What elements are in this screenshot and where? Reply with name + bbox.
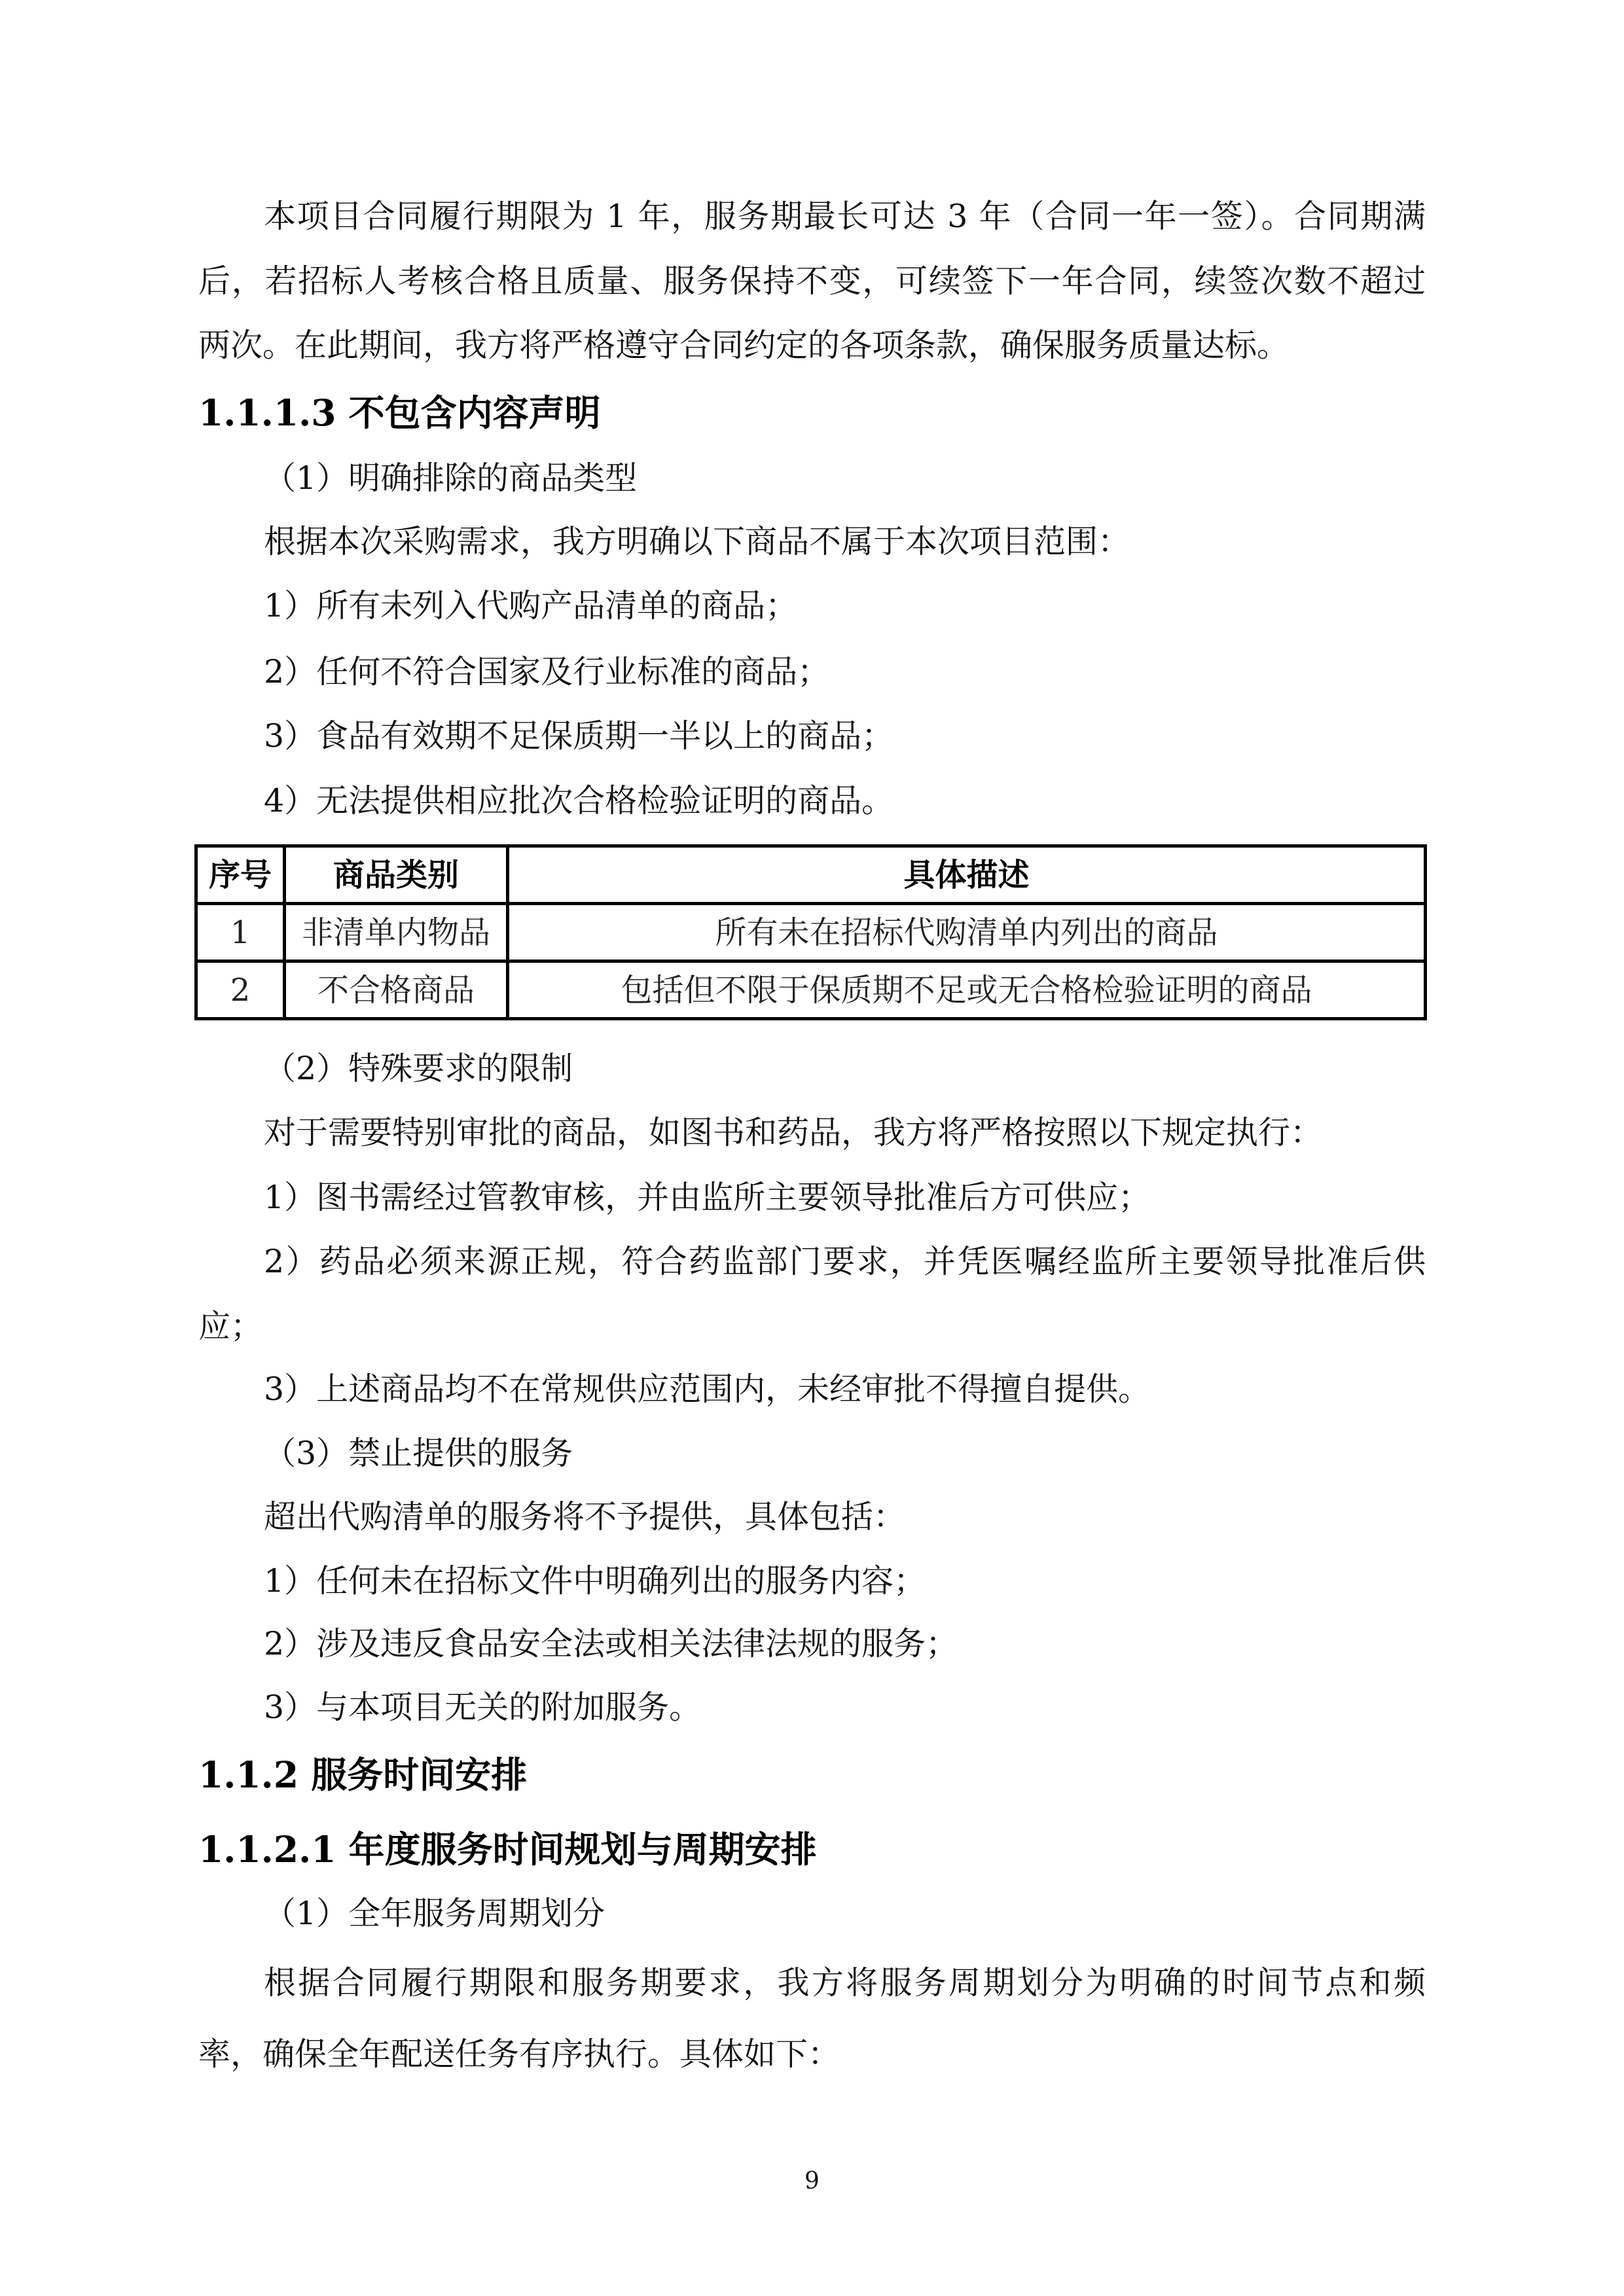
table-cell: 包括但不限于保质期不足或无合格检验证明的商品 — [508, 961, 1426, 1019]
table-cell: 1 — [196, 904, 285, 961]
special-requirements-item-continuation: 应； — [198, 1307, 1426, 1346]
prohibited-services-item: 3）与本项目无关的附加服务。 — [264, 1688, 1426, 1727]
excluded-goods-intro: 根据本次采购需求，我方明确以下商品不属于本次项目范围： — [264, 522, 1426, 562]
table-header-cell: 具体描述 — [508, 846, 1426, 904]
table-header-cell: 序号 — [196, 846, 285, 904]
table-row: 2 不合格商品 包括但不限于保质期不足或无合格检验证明的商品 — [196, 961, 1426, 1019]
table-cell: 所有未在招标代购清单内列出的商品 — [508, 904, 1426, 961]
prohibited-services-item: 1）任何未在招标文件中明确列出的服务内容； — [264, 1562, 1426, 1601]
intro-paragraph-line-3: 两次。在此期间，我方将严格遵守合同约定的各项条款，确保服务质量达标。 — [198, 326, 1426, 365]
table-cell: 2 — [196, 961, 285, 1019]
excluded-goods-table: 序号 商品类别 具体描述 1 非清单内物品 所有未在招标代购清单内列出的商品 2… — [194, 844, 1427, 1020]
intro-paragraph-line-1: 本项目合同履行期限为 1 年，服务期最长可达 3 年（合同一年一签）。合同期满 — [264, 197, 1426, 236]
table-row: 1 非清单内物品 所有未在招标代购清单内列出的商品 — [196, 904, 1426, 961]
special-requirements-item: 3）上述商品均不在常规供应范围内，未经审批不得擅自提供。 — [264, 1370, 1426, 1409]
subsection-title-special-requirements: （2）特殊要求的限制 — [264, 1049, 1426, 1088]
special-requirements-item: 2）药品必须来源正规，符合药监部门要求，并凭医嘱经监所主要领导批准后供 — [264, 1242, 1426, 1282]
annual-cycle-paragraph-line-1: 根据合同履行期限和服务期要求，我方将服务周期划分为明确的时间节点和频 — [264, 1964, 1426, 2003]
page-number: 9 — [0, 2165, 1624, 2198]
table-cell: 非清单内物品 — [285, 904, 508, 961]
excluded-goods-item: 4）无法提供相应批次合格检验证明的商品。 — [264, 781, 1426, 821]
excluded-goods-item: 1）所有未列入代购产品清单的商品； — [264, 586, 1426, 626]
table-header-row: 序号 商品类别 具体描述 — [196, 846, 1426, 904]
prohibited-services-intro: 超出代购清单的服务将不予提供，具体包括： — [264, 1498, 1426, 1537]
subsection-title-excluded-goods: （1）明确排除的商品类型 — [264, 459, 1426, 498]
special-requirements-intro: 对于需要特别审批的商品，如图书和药品，我方将严格按照以下规定执行： — [264, 1113, 1426, 1153]
table-cell: 不合格商品 — [285, 961, 508, 1019]
subsection-title-annual-cycle: （1）全年服务周期划分 — [264, 1894, 1426, 1933]
annual-cycle-paragraph-line-2: 率，确保全年配送任务有序执行。具体如下： — [198, 2035, 1426, 2074]
table-header-cell: 商品类别 — [285, 846, 508, 904]
subsection-title-prohibited-services: （3）禁止提供的服务 — [264, 1434, 1426, 1473]
heading-1-1-2: 1.1.2 服务时间安排 — [198, 1752, 527, 1798]
intro-paragraph-line-2: 后，若招标人考核合格且质量、服务保持不变，可续签下一年合同，续签次数不超过 — [198, 262, 1426, 301]
excluded-goods-item: 2）任何不符合国家及行业标准的商品； — [264, 653, 1426, 692]
prohibited-services-item: 2）涉及违反食品安全法或相关法律法规的服务； — [264, 1624, 1426, 1664]
heading-1-1-2-1: 1.1.2.1 年度服务时间规划与周期安排 — [198, 1827, 817, 1873]
heading-1-1-1-3: 1.1.1.3 不包含内容声明 — [198, 390, 601, 436]
excluded-goods-item: 3）食品有效期不足保质期一半以上的商品； — [264, 717, 1426, 756]
special-requirements-item: 1）图书需经过管教审核，并由监所主要领导批准后方可供应； — [264, 1178, 1426, 1217]
